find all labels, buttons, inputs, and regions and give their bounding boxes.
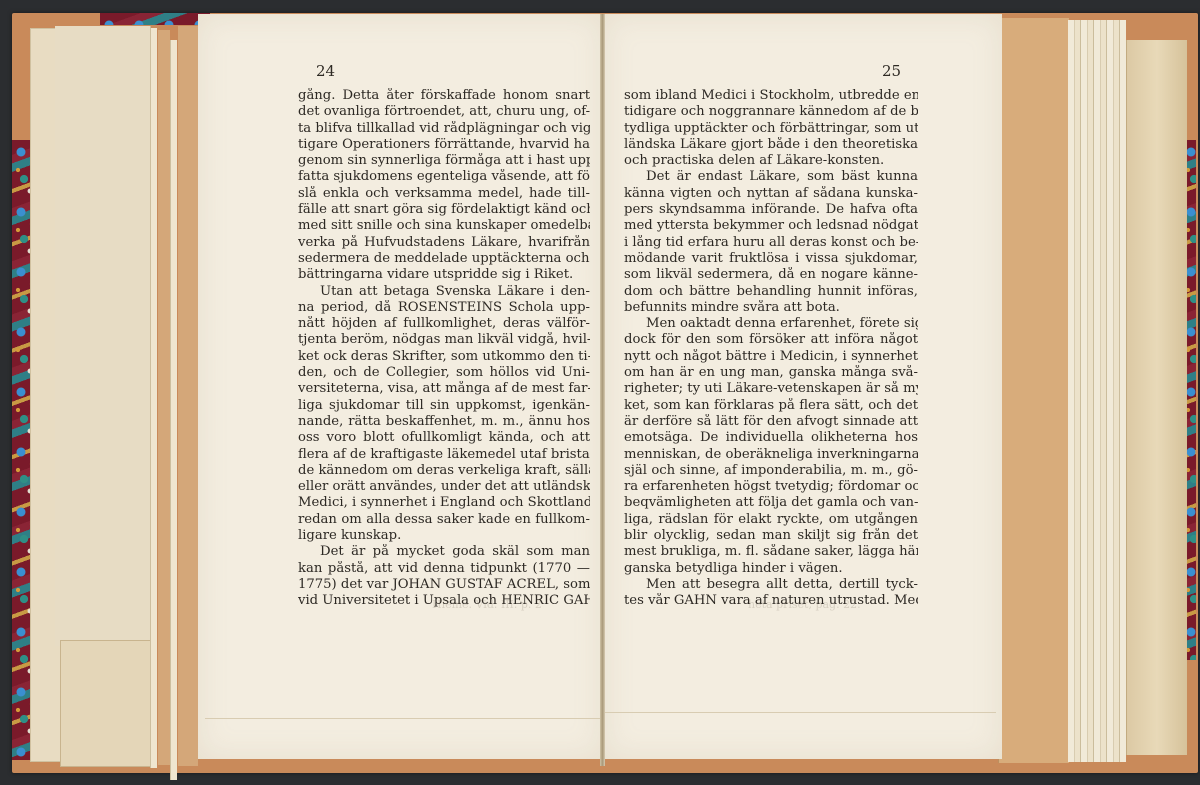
text-line: flera af de kraftigaste läkemedel utaf b… xyxy=(298,447,590,463)
text-line: bättringarna vidare utspridde sig i Rike… xyxy=(298,267,590,283)
text-line: ta blifva tillkallad vid rådplägningar o… xyxy=(298,121,590,137)
text-line: na period, då ROSENSTEINS Schola upp- xyxy=(298,300,590,316)
text-line: beqvämligheten att följa det gamla och v… xyxy=(624,495,918,511)
text-line: Medici, i synnerhet i England och Skottl… xyxy=(298,495,590,511)
text-line: tjenta beröm, nödgas man likväl vidgå, h… xyxy=(298,332,590,348)
text-line: kan påstå, att vid denna tidpunkt (1770 … xyxy=(298,561,590,577)
text-line: pers skyndsamma införande. De hafva ofta xyxy=(624,202,918,218)
text-line: Men att besegra allt detta, dertill tyck… xyxy=(624,577,918,593)
bleed-through-left: Hieme. Vid. III. p. 2 xyxy=(432,598,542,611)
text-line: tigare Operationers förrättande, hvarvid… xyxy=(298,137,590,153)
text-line: mödande varit fruktlösa i vissa sjukdoma… xyxy=(624,251,918,267)
text-line: är derföre så lätt för den afvogt sinnad… xyxy=(624,414,918,430)
text-line: med sitt snille och sina kunskaper omede… xyxy=(298,218,590,234)
text-line: liga sjukdomar till sin uppkomst, igenkä… xyxy=(298,398,590,414)
text-line: och practiska delen af Läkare-konsten. xyxy=(624,153,918,169)
text-line: redan om alla dessa saker kade en fullko… xyxy=(298,512,590,528)
text-line: dom och bättre behandling hunnit införas… xyxy=(624,284,918,300)
text-line: ligare kunskap. xyxy=(298,528,590,544)
text-line: ket, som kan förklaras på flera sätt, oc… xyxy=(624,398,918,414)
text-line: verka på Hufvudstadens Läkare, hvarifrån xyxy=(298,235,590,251)
text-line: gång. Detta åter förskaffade honom snart xyxy=(298,88,590,104)
right-flap xyxy=(1126,40,1187,755)
left-page-text: gång. Detta åter förskaffade honom snart… xyxy=(298,88,590,610)
marbled-endpaper-top xyxy=(100,13,210,25)
text-line: själ och sinne, af imponderabilia, m. m.… xyxy=(624,463,918,479)
text-line: liga, rädslan för elakt ryckte, om utgån… xyxy=(624,512,918,528)
text-line: Det är endast Läkare, som bäst kunna xyxy=(624,169,918,185)
text-line: nande, rätta beskaffenhet, m. m., ännu h… xyxy=(298,414,590,430)
text-line: de kännedom om deras verkeliga kraft, sä… xyxy=(298,463,590,479)
text-line: tidigare och noggrannare kännedom af de … xyxy=(624,104,918,120)
left-page-fold-line xyxy=(205,718,603,719)
text-line: blir olycklig, sedan man skiljt sig från… xyxy=(624,528,918,544)
text-line: i lång tid erfara huru all deras konst o… xyxy=(624,235,918,251)
text-line: ländska Läkare gjort både i den theoreti… xyxy=(624,137,918,153)
text-line: fatta sjukdomens egenteliga våsende, att… xyxy=(298,169,590,185)
text-line: om han är en ung man, ganska många svå- xyxy=(624,365,918,381)
right-page-fold-line xyxy=(604,712,996,713)
text-line: Utan att betaga Svenska Läkare i den- xyxy=(298,284,590,300)
right-board xyxy=(998,18,1069,763)
text-line: som ibland Medici i Stockholm, utbredde … xyxy=(624,88,918,104)
left-flyleaf xyxy=(55,26,151,646)
text-line: 1775) det var JOHAN GUSTAF ACREL, som xyxy=(298,577,590,593)
left-leaf-edge-2 xyxy=(170,40,177,780)
text-line: det ovanliga förtroendet, att, churu ung… xyxy=(298,104,590,120)
text-line: med yttersta bekymmer och ledsnad nödgat… xyxy=(624,218,918,234)
bleed-through-right: heta priset, pag. 22. xyxy=(748,598,861,611)
text-line: nytt och något bättre i Medicin, i synne… xyxy=(624,349,918,365)
left-flyleaf-lower xyxy=(60,640,152,767)
text-line: versiteterna, visa, att många af de mest… xyxy=(298,381,590,397)
text-line: genom sin synnerliga förmåga att i hast … xyxy=(298,153,590,169)
text-line: ket ock deras Skrifter, som utkommo den … xyxy=(298,349,590,365)
text-line: som likväl sedermera, då en nogare känne… xyxy=(624,267,918,283)
left-leaf-edge-1 xyxy=(150,28,157,768)
text-line: den, och de Collegier, som höllos vid Un… xyxy=(298,365,590,381)
left-board-strip-2 xyxy=(178,26,198,766)
page-number-right: 25 xyxy=(882,62,901,80)
text-line: mest brukliga, m. fl. sådane saker, lägg… xyxy=(624,544,918,560)
text-line: nått höjden af fullkomlighet, deras välf… xyxy=(298,316,590,332)
text-line: emotsäga. De individuella olikheterna ho… xyxy=(624,430,918,446)
text-line: Det är på mycket goda skäl som man xyxy=(298,544,590,560)
text-line: befunnits mindre svåra att bota. xyxy=(624,300,918,316)
right-page-text: som ibland Medici i Stockholm, utbredde … xyxy=(624,88,918,610)
page-number-left: 24 xyxy=(316,62,335,80)
text-line: Men oaktadt denna erfarenhet, förete sig xyxy=(624,316,918,332)
text-line: dock för den som försöker att införa någ… xyxy=(624,332,918,348)
text-line: oss voro blott ofullkomligt kända, och a… xyxy=(298,430,590,446)
text-line: ganska betydliga hinder i vägen. xyxy=(624,561,918,577)
book-gutter xyxy=(600,14,605,766)
text-line: eller orätt användes, under det att utlä… xyxy=(298,479,590,495)
text-line: känna vigten och nyttan af sådana kunska… xyxy=(624,186,918,202)
text-line: ra erfarenheten högst tvetydig; fördomar… xyxy=(624,479,918,495)
right-leaf-stack xyxy=(1068,20,1126,762)
text-line: tydliga upptäckter och förbättringar, so… xyxy=(624,121,918,137)
text-line: fälle att snart göra sig fördelaktigt kä… xyxy=(298,202,590,218)
text-line: menniskan, de oberäkneliga inverkningarn… xyxy=(624,447,918,463)
text-line: righeter; ty uti Läkare-vetenskapen är s… xyxy=(624,381,918,397)
text-line: slå enkla och verksamma medel, hade till… xyxy=(298,186,590,202)
text-line: sedermera de meddelade upptäckterna och … xyxy=(298,251,590,267)
left-board-strip xyxy=(158,30,170,765)
